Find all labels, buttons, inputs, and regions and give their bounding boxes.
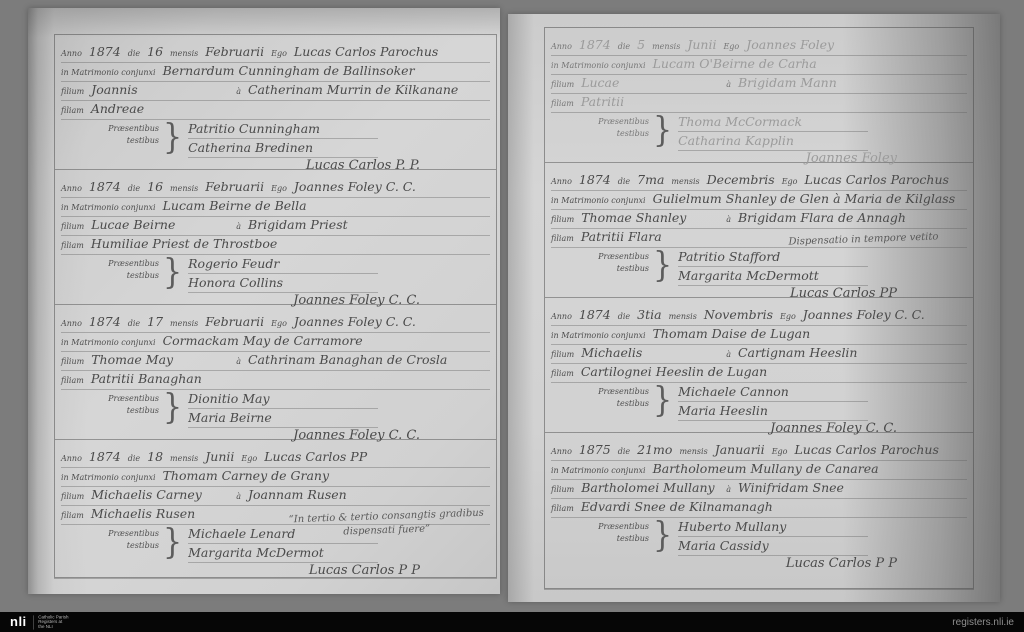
groom-name: Lucam O'Beirne de Carha — [653, 56, 817, 71]
bride-father-name: Edvardi Snee de Kilnamanagh — [581, 499, 773, 514]
anno-value: 1874 — [89, 314, 121, 329]
groom-name: Lucam Beirne de Bella — [163, 198, 307, 213]
mensis-value: Junii — [687, 37, 716, 52]
anno-label: Anno — [551, 42, 572, 51]
witness-1: Michaele Cannon — [678, 383, 868, 402]
filium-label: filium — [551, 485, 574, 494]
praesentibus-testibus-label: Præsentibustestibus — [583, 248, 649, 284]
die-value: 18 — [147, 449, 163, 464]
bride-name: Brigidam Priest — [248, 217, 348, 232]
groom-father-name: Bartholomei Mullany — [581, 480, 719, 495]
praesentibus-testibus-label: Præsentibustestibus — [93, 255, 159, 291]
witness-2: Margarita McDermot — [188, 544, 378, 563]
ego-label: Ego — [772, 447, 788, 456]
bride-father-name: Andreae — [91, 101, 144, 116]
praesentibus-testibus-label: Præsentibustestibus — [583, 383, 649, 419]
groom-father-name: Lucae Beirne — [91, 217, 229, 232]
ego-label: Ego — [782, 177, 798, 186]
mensis-label: mensis — [679, 447, 707, 456]
priest-name: Joannes Foley — [746, 37, 834, 52]
die-label: die — [128, 184, 140, 193]
conjunxi-label: in Matrimonio conjunxi — [551, 196, 646, 205]
a-label: à — [236, 222, 241, 231]
filium-label: filium — [551, 215, 574, 224]
conjunxi-label: in Matrimonio conjunxi — [551, 61, 646, 70]
conjunxi-label: in Matrimonio conjunxi — [551, 466, 646, 475]
anno-label: Anno — [551, 177, 572, 186]
witness-1: Thoma McCormack — [678, 113, 868, 132]
witness-2: Catharina Kapplin — [678, 132, 868, 151]
die-label: die — [618, 42, 630, 51]
mensis-value: Januarii — [715, 442, 765, 457]
die-label: die — [128, 319, 140, 328]
nli-brand: nli Catholic ParishRegisters atthe NLI — [10, 613, 80, 632]
bride-name: Winifridam Snee — [738, 480, 844, 495]
die-value: 21mo — [637, 442, 672, 457]
brace-glyph: } — [163, 387, 182, 428]
groom-name: Thomam Carney de Grany — [163, 468, 329, 483]
brace-glyph: } — [653, 245, 672, 286]
bride-name: Cathrinam Banaghan de Crosla — [248, 352, 447, 367]
priest-signature: Lucas Carlos P P — [61, 562, 420, 580]
registers-site-link[interactable]: registers.nli.ie — [952, 617, 1014, 628]
a-label: à — [236, 357, 241, 366]
groom-father-name: Michaelis — [581, 345, 719, 360]
a-label: à — [726, 485, 731, 494]
register-page-left: Anno1874die16mensisFebruariiEgoLucas Car… — [28, 8, 500, 594]
mensis-value: Novembris — [704, 307, 773, 322]
witness-1: Patritio Stafford — [678, 248, 868, 267]
witness-2: Maria Beirne — [188, 409, 378, 428]
anno-label: Anno — [61, 49, 82, 58]
anno-label: Anno — [61, 319, 82, 328]
conjunxi-label: in Matrimonio conjunxi — [61, 203, 156, 212]
die-label: die — [128, 454, 140, 463]
priest-signature: Lucas Carlos P P — [551, 555, 897, 573]
witness-1: Patritio Cunningham — [188, 120, 378, 139]
praesentibus-testibus-label: Præsentibustestibus — [583, 113, 649, 149]
conjunxi-label: in Matrimonio conjunxi — [61, 68, 156, 77]
filium-label: filium — [551, 350, 574, 359]
printed-form-frame-right: Anno1874die5mensisJuniiEgoJoannes Foley … — [544, 27, 974, 589]
groom-father-name: Thomae May — [91, 352, 229, 367]
mensis-label: mensis — [669, 312, 697, 321]
watermark-footer-bar: nli Catholic ParishRegisters atthe NLI r… — [0, 612, 1024, 632]
ego-label: Ego — [271, 49, 287, 58]
mensis-label: mensis — [170, 454, 198, 463]
die-value: 7ma — [637, 172, 664, 187]
anno-value: 1874 — [89, 44, 121, 59]
praesentibus-testibus-label: Præsentibustestibus — [93, 390, 159, 426]
groom-name: Bernardum Cunningham de Ballinsoker — [163, 63, 415, 78]
bride-father-name: Cartilognei Heeslin de Lugan — [581, 364, 767, 379]
anno-value: 1874 — [579, 307, 611, 322]
a-label: à — [726, 350, 731, 359]
brace-glyph: } — [653, 110, 672, 151]
filium-label: filium — [61, 357, 84, 366]
groom-name: Cormackam May de Carramore — [163, 333, 363, 348]
witness-1: Huberto Mullany — [678, 518, 868, 537]
bride-father-name: Patritii Banaghan — [91, 371, 202, 386]
ego-label: Ego — [241, 454, 257, 463]
ego-label: Ego — [723, 42, 739, 51]
bride-father-name: Humiliae Priest de Throstboe — [91, 236, 277, 251]
marriage-entry: Anno1875die21momensisJanuariiEgoLucas Ca… — [545, 433, 973, 568]
witness-2: Honora Collins — [188, 274, 378, 293]
groom-name: Thomam Daise de Lugan — [653, 326, 811, 341]
marriage-entry: Anno1874die17mensisFebruariiEgoJoannes F… — [55, 305, 496, 440]
mensis-label: mensis — [671, 177, 699, 186]
a-label: à — [726, 215, 731, 224]
ego-label: Ego — [780, 312, 796, 321]
printed-form-frame-left: Anno1874die16mensisFebruariiEgoLucas Car… — [54, 34, 497, 578]
groom-father-name: Thomae Shanley — [581, 210, 719, 225]
groom-father-name: Michaelis Carney — [91, 487, 229, 502]
anno-label: Anno — [551, 312, 572, 321]
die-value: 3tia — [637, 307, 661, 322]
groom-name: Bartholomeum Mullany de Canarea — [653, 461, 879, 476]
mensis-label: mensis — [170, 49, 198, 58]
priest-name: Lucas Carlos PP — [264, 449, 367, 464]
anno-value: 1875 — [579, 442, 611, 457]
bride-name: Brigidam Mann — [738, 75, 837, 90]
die-value: 16 — [147, 179, 163, 194]
filiam-label: filiam — [61, 376, 84, 385]
filiam-label: filiam — [61, 241, 84, 250]
a-label: à — [236, 87, 241, 96]
mensis-value: Februarii — [205, 179, 264, 194]
bride-name: Brigidam Flara de Annagh — [738, 210, 906, 225]
filiam-label: filiam — [61, 511, 84, 520]
anno-value: 1874 — [89, 179, 121, 194]
nli-logo: nli — [10, 615, 27, 628]
brace-glyph: } — [653, 515, 672, 556]
marriage-entry: Anno1874die18mensisJuniiEgoLucas Carlos … — [55, 440, 496, 575]
anno-label: Anno — [61, 454, 82, 463]
anno-value: 1874 — [579, 172, 611, 187]
filium-label: filium — [551, 80, 574, 89]
anno-value: 1874 — [579, 37, 611, 52]
priest-name: Lucas Carlos Parochus — [805, 172, 949, 187]
die-label: die — [128, 49, 140, 58]
nli-logo-caption: Catholic ParishRegisters atthe NLI — [33, 615, 69, 629]
brace-glyph: } — [653, 380, 672, 421]
bride-father-name: Patritii — [581, 94, 624, 109]
ego-label: Ego — [271, 319, 287, 328]
witness-1: Dionitio May — [188, 390, 378, 409]
filiam-label: filiam — [61, 106, 84, 115]
witness-2: Maria Cassidy — [678, 537, 868, 556]
mensis-label: mensis — [170, 319, 198, 328]
bride-name: Catherinam Murrin de Kilkanane — [248, 82, 458, 97]
die-label: die — [618, 177, 630, 186]
bride-father-name: Michaelis Rusen — [91, 506, 195, 521]
mensis-value: Decembris — [707, 172, 775, 187]
register-page-right: Anno1874die5mensisJuniiEgoJoannes Foley … — [508, 14, 1000, 602]
priest-name: Lucas Carlos Parochus — [794, 442, 938, 457]
praesentibus-testibus-label: Præsentibustestibus — [93, 120, 159, 156]
priest-name: Joannes Foley C. C. — [803, 307, 925, 322]
conjunxi-label: in Matrimonio conjunxi — [551, 331, 646, 340]
filium-label: filium — [61, 87, 84, 96]
anno-label: Anno — [61, 184, 82, 193]
groom-father-name: Lucae — [581, 75, 719, 90]
marriage-entry: Anno1874die16mensisFebruariiEgoJoannes F… — [55, 170, 496, 305]
anno-label: Anno — [551, 447, 572, 456]
ego-label: Ego — [271, 184, 287, 193]
die-value: 5 — [637, 37, 645, 52]
mensis-value: Junii — [205, 449, 234, 464]
bride-father-name: Patritii Flara — [581, 229, 662, 244]
a-label: à — [236, 492, 241, 501]
conjunxi-label: in Matrimonio conjunxi — [61, 473, 156, 482]
praesentibus-testibus-label: Præsentibustestibus — [93, 525, 159, 561]
bride-name: Joannam Rusen — [248, 487, 347, 502]
a-label: à — [726, 80, 731, 89]
marriage-entry: Anno1874die16mensisFebruariiEgoLucas Car… — [55, 35, 496, 170]
filium-label: filium — [61, 492, 84, 501]
filiam-label: filiam — [551, 99, 574, 108]
witness-2: Catherina Bredinen — [188, 139, 378, 158]
mensis-value: Februarii — [205, 44, 264, 59]
groom-name: Gulielmum Shanley de Glen à Maria de Kil… — [653, 191, 956, 206]
brace-glyph: } — [163, 522, 182, 563]
groom-father-name: Joannis — [91, 82, 229, 97]
die-value: 17 — [147, 314, 163, 329]
die-value: 16 — [147, 44, 163, 59]
praesentibus-testibus-label: Præsentibustestibus — [583, 518, 649, 554]
priest-name: Joannes Foley C. C. — [294, 314, 416, 329]
priest-name: Lucas Carlos Parochus — [294, 44, 438, 59]
witness-2: Maria Heeslin — [678, 402, 868, 421]
marriage-entry: Anno1874die5mensisJuniiEgoJoannes Foley … — [545, 28, 973, 163]
mensis-value: Februarii — [205, 314, 264, 329]
anno-value: 1874 — [89, 449, 121, 464]
die-label: die — [618, 447, 630, 456]
mensis-label: mensis — [170, 184, 198, 193]
bride-name: Cartignam Heeslin — [738, 345, 858, 360]
filiam-label: filiam — [551, 234, 574, 243]
marriage-entry: Anno1874die3tiamensisNovembrisEgoJoannes… — [545, 298, 973, 433]
brace-glyph: } — [163, 117, 182, 158]
mensis-label: mensis — [652, 42, 680, 51]
marriage-entry: Anno1874die7mamensisDecembrisEgoLucas Ca… — [545, 163, 973, 298]
brace-glyph: } — [163, 252, 182, 293]
die-label: die — [618, 312, 630, 321]
priest-name: Joannes Foley C. C. — [294, 179, 416, 194]
conjunxi-label: in Matrimonio conjunxi — [61, 338, 156, 347]
witness-1: Rogerio Feudr — [188, 255, 378, 274]
filiam-label: filiam — [551, 369, 574, 378]
witness-2: Margarita McDermott — [678, 267, 868, 286]
filium-label: filium — [61, 222, 84, 231]
filiam-label: filiam — [551, 504, 574, 513]
